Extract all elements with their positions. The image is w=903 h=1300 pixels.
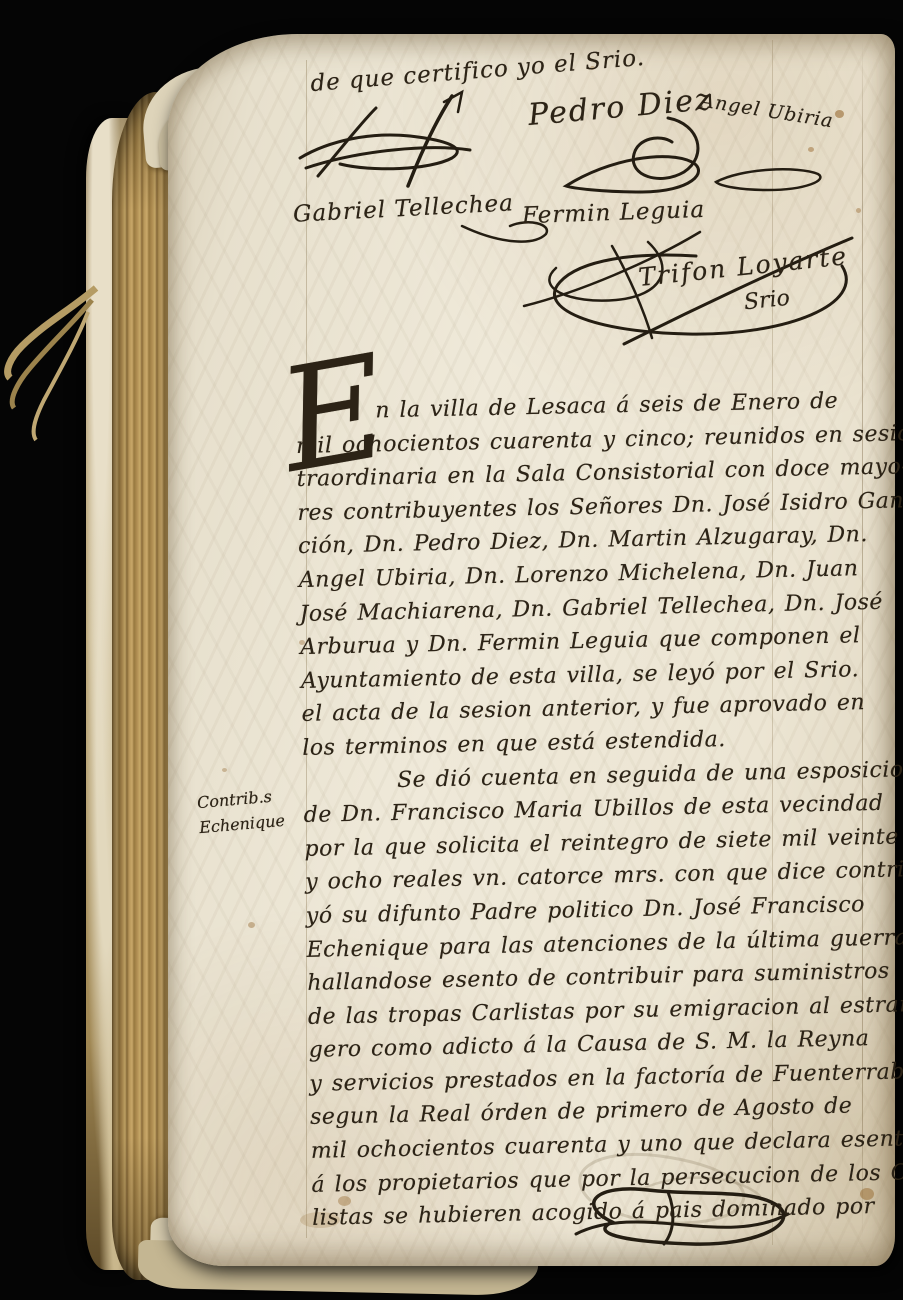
scanned-manuscript-photo: { "page": { "certification_line": "de qu… xyxy=(0,0,903,1300)
bookmark-string xyxy=(0,250,130,490)
manuscript-body-text: n la villa de Lesaca á seis de Enero de … xyxy=(295,384,898,1236)
margin-note-line2: Echenique xyxy=(198,811,285,837)
margin-note-line1: Contrib.s xyxy=(196,787,272,812)
foxing-spot xyxy=(856,208,861,213)
margin-note: Contrib.s Echenique xyxy=(196,782,296,840)
foxing-spot xyxy=(808,147,814,152)
foxing-spot xyxy=(835,110,844,118)
foxing-spot xyxy=(248,922,255,928)
signature-trifon-loyarte-title: Srio xyxy=(743,286,791,316)
foxing-spot xyxy=(222,768,227,772)
